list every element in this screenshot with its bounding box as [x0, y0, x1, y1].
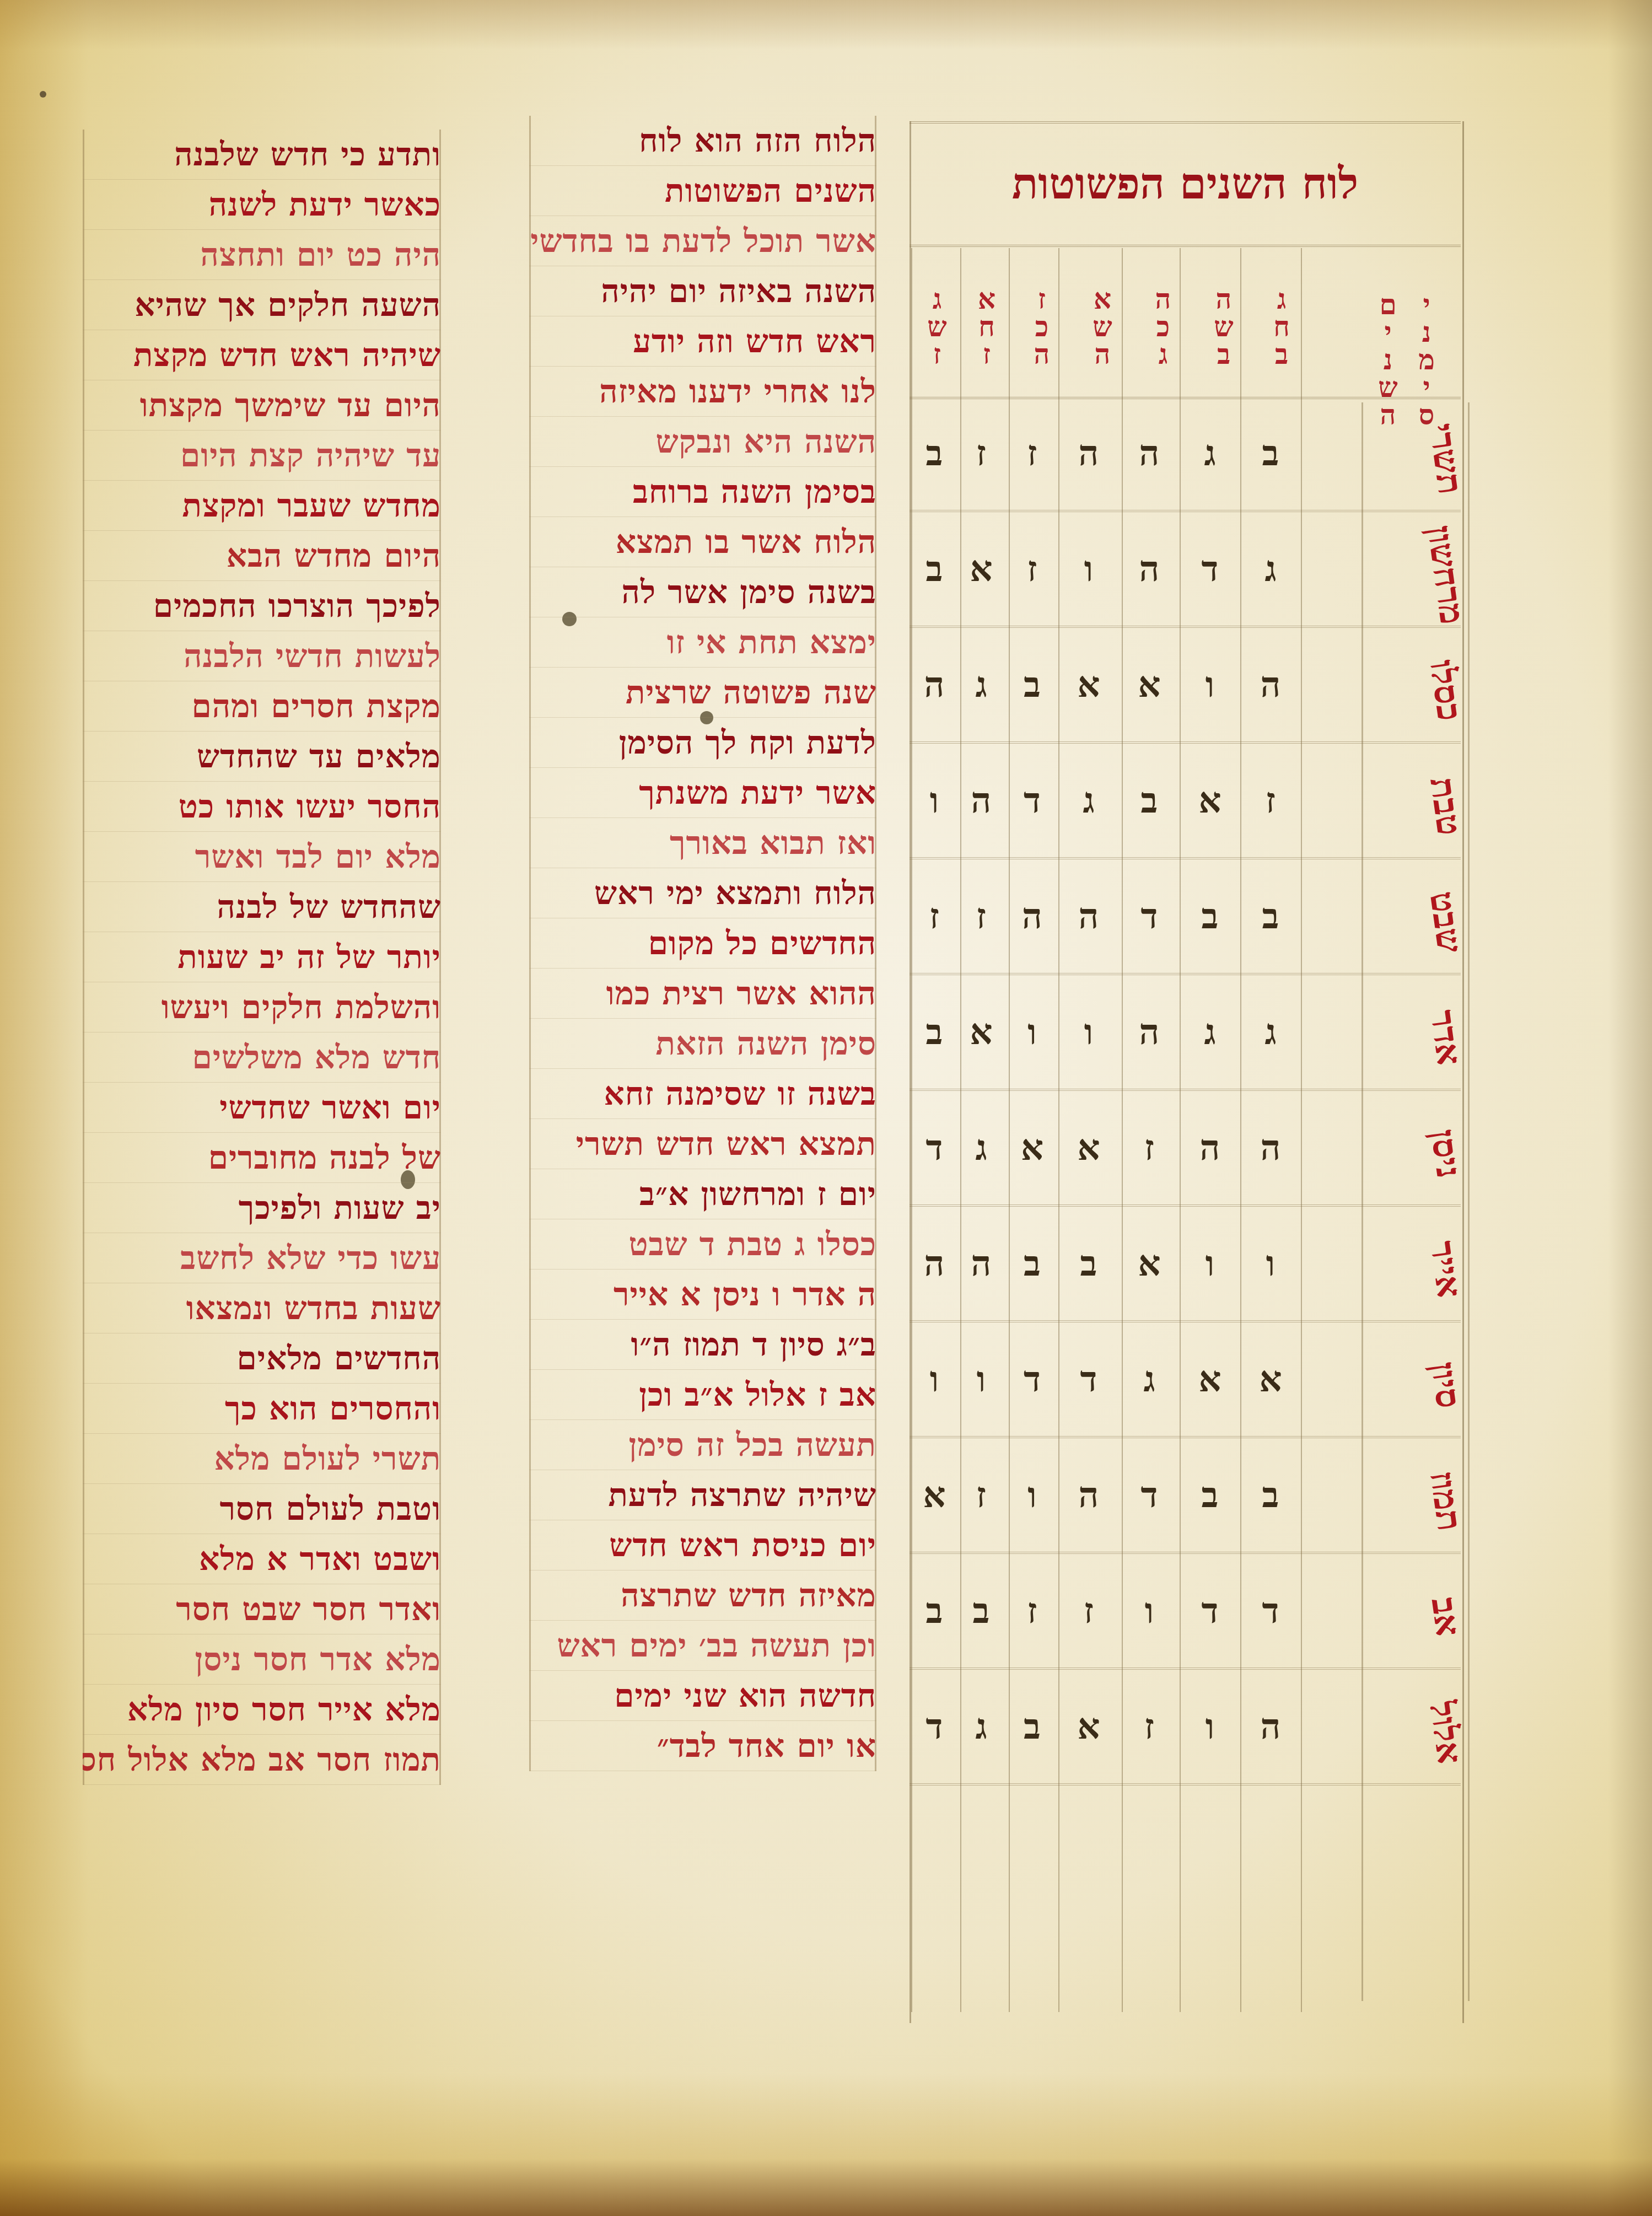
- text-line: מאיזה חדש שתרצה: [529, 1570, 876, 1621]
- header-year-type: בשה: [1204, 259, 1243, 391]
- text-line: מלא יום לבד ואשר: [83, 832, 441, 882]
- text-line: וכן תעשה בב׳ ימים ראש: [529, 1621, 876, 1671]
- binding-hole: [40, 91, 46, 98]
- table-cell: ו: [1006, 976, 1058, 1089]
- table-cell: ה: [910, 1207, 959, 1320]
- table-cell: ד: [1058, 1323, 1119, 1436]
- text-line: היום מחדש הבא: [83, 531, 441, 581]
- table-cell: ה: [1119, 397, 1180, 510]
- table-cell: ד: [910, 1670, 959, 1783]
- text-line: מחדש שעבר ומקצת: [83, 481, 441, 531]
- text-line: שנה פשוטה שרצית: [529, 668, 876, 718]
- table-cell: ז: [1119, 1091, 1180, 1204]
- table-cell: ה: [1240, 628, 1301, 741]
- text-line: תמוז חסר אב מלא אלול חסר: [83, 1735, 441, 1785]
- text-line: וטבת לעולם חסר: [83, 1484, 441, 1534]
- table-cell: א: [910, 1439, 959, 1552]
- table-cell: ה: [1240, 1670, 1301, 1783]
- table-cell: ג: [1180, 976, 1240, 1089]
- table-cell: ד: [1180, 513, 1240, 626]
- text-line: ההוא אשר רצית כמו: [529, 969, 876, 1019]
- table-cell: ה: [1058, 1439, 1119, 1552]
- text-line: תשרי לעולם מלא: [83, 1434, 441, 1484]
- table-cell: ב: [1180, 860, 1240, 973]
- table-cell: ו: [1180, 1207, 1240, 1320]
- text-line: השעה חלקים אך שהיא: [83, 280, 441, 330]
- text-line: לעשות חדשי הלבנה: [83, 631, 441, 681]
- table-cell: ה: [1006, 860, 1058, 973]
- text-line: עשו כדי שלא לחשב: [83, 1233, 441, 1283]
- table-cell: ו: [1058, 513, 1119, 626]
- table-cell: ד: [1119, 860, 1180, 973]
- table-cell: ו: [910, 1323, 959, 1436]
- table-cell: ב: [1240, 1439, 1301, 1552]
- text-line: ב״ג סיון ד תמוז ה״ו: [529, 1320, 876, 1370]
- text-line: כאשר ידעת לשנה: [83, 180, 441, 230]
- table-cell: א: [956, 513, 1006, 626]
- table-title: לוח השנים הפשוטות: [910, 121, 1461, 247]
- text-line: תמצא ראש חדש תשרי: [529, 1119, 876, 1169]
- table-cell: ד: [1006, 744, 1058, 857]
- table-cell: ג: [1240, 513, 1301, 626]
- table-cell: ו: [1180, 628, 1240, 741]
- left-text-column: ותדע כי חדש שלבנה כאשר ידעת לשנה היה כט …: [83, 130, 441, 1785]
- parchment-edge-right: [1608, 0, 1652, 2216]
- text-line: כסלו ג טבת ד שבט: [529, 1219, 876, 1270]
- table-cell: א: [956, 976, 1006, 1089]
- header-year-type: בחג: [1262, 259, 1301, 391]
- month-label-column: סימני השנים תשרי מרחשון כסלו טבת שבט אדר…: [1362, 402, 1470, 2001]
- text-line: השנה באיזה יום יהיה: [529, 266, 876, 316]
- text-line: לפיכך הוצרכו החכמים: [83, 581, 441, 631]
- text-line: סימן השנה הזאת: [529, 1019, 876, 1069]
- table-cell: ה: [1180, 1091, 1240, 1204]
- text-line: ימצא תחת אי זו: [529, 617, 876, 668]
- table-cell: ג: [1240, 976, 1301, 1089]
- table-cell: ג: [956, 1091, 1006, 1204]
- table-cell: ב: [910, 513, 959, 626]
- text-line: שיהיה שתרצה לדעת: [529, 1470, 876, 1520]
- table-cell: א: [1119, 1207, 1180, 1320]
- table-cell: ד: [1119, 1439, 1180, 1552]
- header-year-type: גכה: [1144, 259, 1182, 391]
- table-cell: א: [1058, 628, 1119, 741]
- text-line: הלוח אשר בו תמצא: [529, 517, 876, 567]
- text-line: חדשה הוא שני ימים: [529, 1671, 876, 1721]
- text-line: החדשים כל מקום: [529, 918, 876, 969]
- table-cell: ג: [1180, 397, 1240, 510]
- text-line: ותדע כי חדש שלבנה: [83, 130, 441, 180]
- table-cell: ב: [1006, 1670, 1058, 1783]
- text-line: ואז תבוא באורך: [529, 818, 876, 868]
- table-cell: ב: [1240, 397, 1301, 510]
- text-line: מקצת חסרים ומהם: [83, 681, 441, 732]
- middle-text-column: הלוח הזה הוא לוח השנים הפשוטות אשר תוכל …: [529, 116, 876, 1771]
- text-line: ואדר חסר שבט חסר: [83, 1584, 441, 1634]
- text-line: אשר ידעת משנתך: [529, 768, 876, 818]
- table-cell: א: [1119, 628, 1180, 741]
- table-cell: ב: [1180, 1439, 1240, 1552]
- text-line: מלאים עד שהחדש: [83, 732, 441, 782]
- table-cell: א: [1058, 1091, 1119, 1204]
- header-year-type: הכז: [1023, 259, 1061, 391]
- table-cell: ג: [956, 1670, 1006, 1783]
- text-line: יום ואשר שחדשי: [83, 1083, 441, 1133]
- header-year-type: השא: [1083, 259, 1122, 391]
- text-line: בשנה זו שסימנה זחא: [529, 1069, 876, 1119]
- table-cell: ב: [1058, 1207, 1119, 1320]
- text-line: והחסרים הוא כך: [83, 1384, 441, 1434]
- text-line: עד שיהיה קצת היום: [83, 431, 441, 481]
- text-line: השנים הפשוטות: [529, 166, 876, 216]
- text-line: יום כניסת ראש חדש: [529, 1520, 876, 1570]
- table-cell: ז: [1006, 1555, 1058, 1668]
- table-cell: ז: [1006, 397, 1058, 510]
- text-line: בשנה סימן אשר לה: [529, 567, 876, 617]
- table-cell: ד: [1006, 1323, 1058, 1436]
- table-cell: ב: [1006, 628, 1058, 741]
- table-cell: ו: [1180, 1670, 1240, 1783]
- text-line: היום עד שימשך מקצתו: [83, 380, 441, 431]
- table-cell: ב: [1240, 860, 1301, 973]
- table-cell: ז: [1006, 513, 1058, 626]
- parchment-edge-bottom: [0, 2073, 1652, 2216]
- table-cell: ה: [1119, 976, 1180, 1089]
- table-cell: ז: [910, 860, 959, 973]
- table-cell: ז: [956, 860, 1006, 973]
- text-line: אב ז אלול א״ב וכן: [529, 1370, 876, 1420]
- table-cell: ד: [1240, 1555, 1301, 1668]
- table-cell: ז: [956, 397, 1006, 510]
- table-cell: ו: [1058, 976, 1119, 1089]
- table-cell: ו: [956, 1323, 1006, 1436]
- table-cell: ג: [956, 628, 1006, 741]
- text-line: הלוח ותמצא ימי ראש: [529, 868, 876, 918]
- text-line: והשלמת חלקים ויעשו: [83, 982, 441, 1032]
- table-cell: ה: [956, 744, 1006, 857]
- text-line: היה כט יום ותחצה: [83, 230, 441, 280]
- text-line: יב שעות ולפיכך: [83, 1183, 441, 1233]
- text-line: החסר יעשו אותו כט: [83, 782, 441, 832]
- table-cell: ה: [1058, 860, 1119, 973]
- table-cell: ב: [1006, 1207, 1058, 1320]
- table-cell: ה: [1119, 513, 1180, 626]
- text-line: יותר של זה יב שעות: [83, 932, 441, 982]
- text-line: מלא אייר חסר סיון מלא: [83, 1685, 441, 1735]
- text-line: חדש מלא משלשים: [83, 1032, 441, 1083]
- parchment-edge-top: [0, 0, 1652, 50]
- text-line: לדעת וקח לך הסימן: [529, 718, 876, 768]
- table-cell: ב: [1119, 744, 1180, 857]
- text-line: שיהיה ראש חדש מקצת: [83, 330, 441, 380]
- table-cell: ב: [910, 397, 959, 510]
- table-cell: א: [1180, 744, 1240, 857]
- table-cell: ג: [1119, 1323, 1180, 1436]
- table-cell: ג: [1058, 744, 1119, 857]
- table-cell: ז: [956, 1439, 1006, 1552]
- text-line: השנה היא ונבקש: [529, 417, 876, 467]
- table-cell: ב: [910, 1555, 959, 1668]
- text-line: לנו אחרי ידענו מאיזה: [529, 367, 876, 417]
- text-line: או יום אחד לבד״: [529, 1721, 876, 1771]
- text-line: תעשה בכל זה סימן: [529, 1420, 876, 1470]
- table-cell: ו: [1240, 1207, 1301, 1320]
- table-cell: ד: [1180, 1555, 1240, 1668]
- table-cell: א: [1058, 1670, 1119, 1783]
- table-cell: א: [1240, 1323, 1301, 1436]
- table-cell: ז: [1240, 744, 1301, 857]
- table-cell: ה: [956, 1207, 1006, 1320]
- text-line: ושבט ואדר א מלא: [83, 1534, 441, 1584]
- text-line: ה אדר ו ניסן א אייר: [529, 1270, 876, 1320]
- table-cell: ב: [956, 1555, 1006, 1668]
- table-cell: ו: [910, 744, 959, 857]
- text-line: יום ז ומרחשון א״ב: [529, 1169, 876, 1219]
- table-cell: ז: [1058, 1555, 1119, 1668]
- parchment-edge-left: [0, 0, 88, 2216]
- text-line: אשר תוכל לדעת בו בחדשי: [529, 216, 876, 266]
- header-year-type: זשג: [918, 259, 956, 391]
- table-cell: ו: [1119, 1555, 1180, 1668]
- table-cell: ה: [1058, 397, 1119, 510]
- table-cell: ב: [910, 976, 959, 1089]
- text-line: מלא אדר חסר ניסן: [83, 1634, 441, 1685]
- text-line: שהחדש של לבנה: [83, 882, 441, 932]
- table-cell: ה: [910, 628, 959, 741]
- table-cell: א: [1180, 1323, 1240, 1436]
- table-cell: ה: [1240, 1091, 1301, 1204]
- text-line: הלוח הזה הוא לוח: [529, 116, 876, 166]
- text-line: שעות בחדש ונמצאו: [83, 1283, 441, 1333]
- table-cell: ד: [910, 1091, 959, 1204]
- text-line: החדשים מלאים: [83, 1333, 441, 1384]
- text-line: ראש חדש וזה יודע: [529, 316, 876, 367]
- text-line: בסימן השנה ברוחב: [529, 467, 876, 517]
- table-cell: ו: [1006, 1439, 1058, 1552]
- text-line: של לבנה מחוברים: [83, 1133, 441, 1183]
- table-cell: ז: [1119, 1670, 1180, 1783]
- header-year-type: זחא: [967, 259, 1006, 391]
- table-cell: א: [1006, 1091, 1058, 1204]
